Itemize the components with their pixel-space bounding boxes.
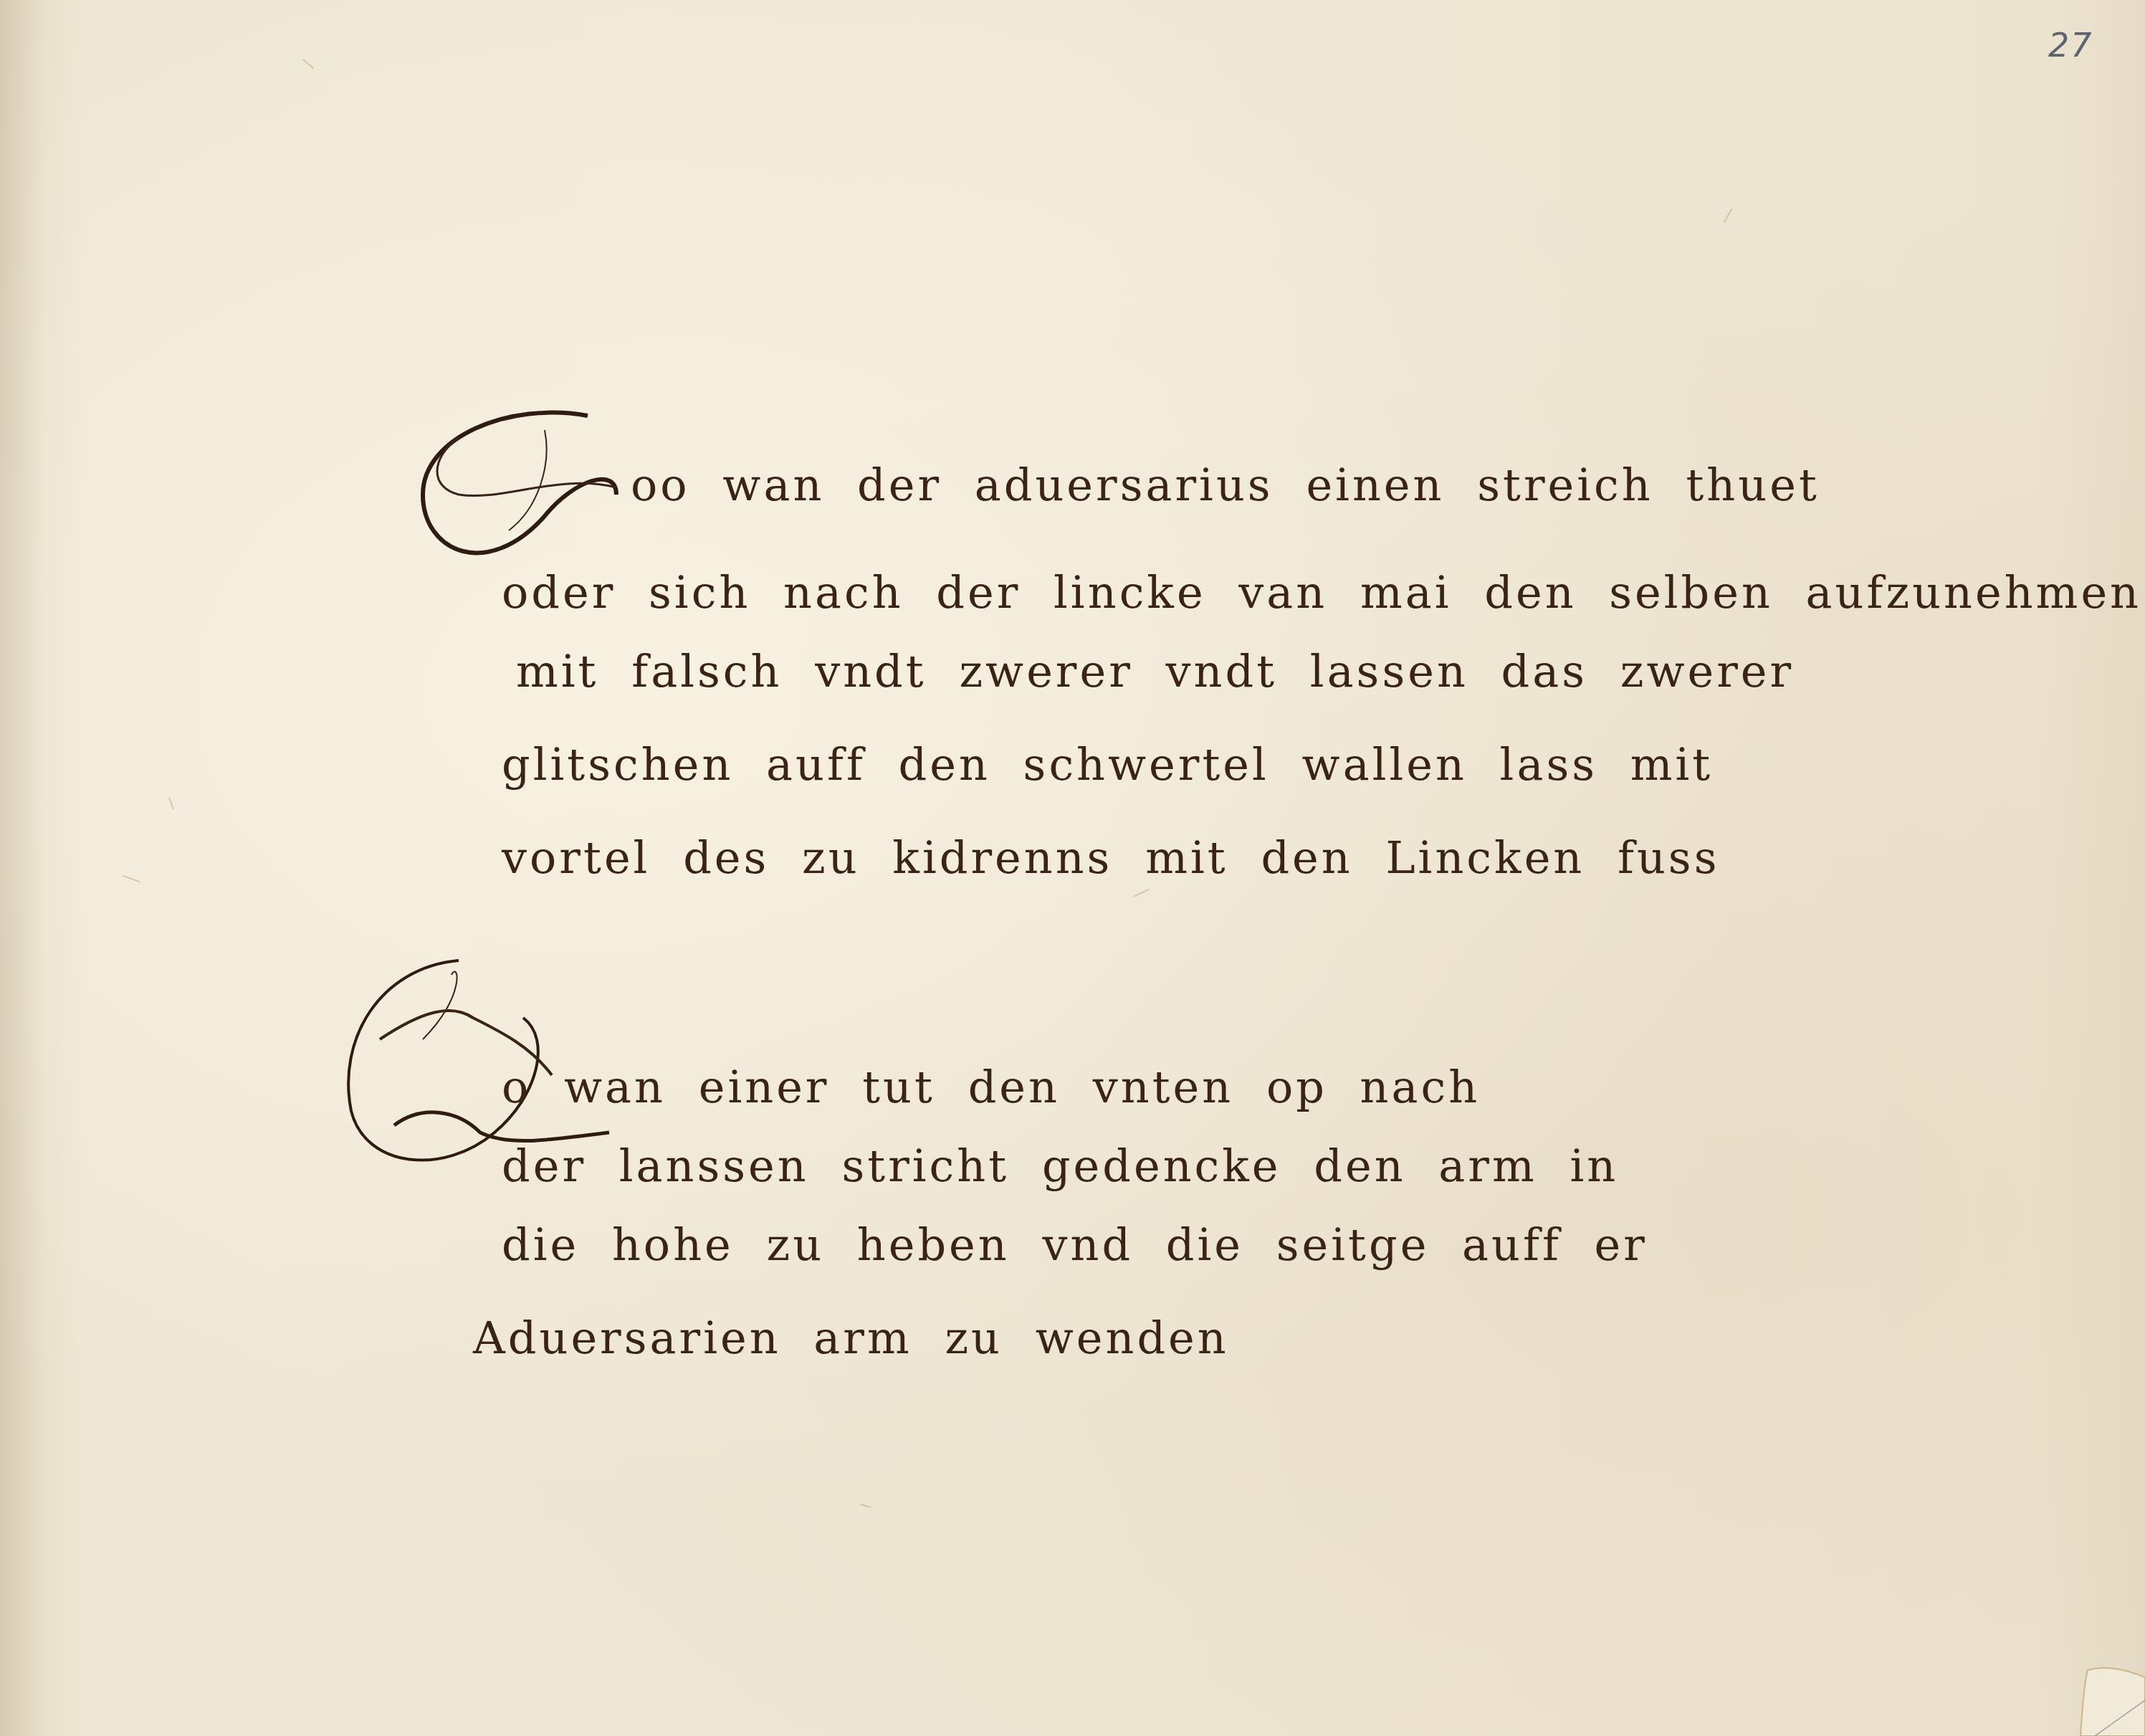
paragraph-2-line-1: o wan einer tut den vnten op nach [502,1061,1480,1113]
paragraph-2-line-2: der lanssen stricht gedencke den arm in [502,1140,1618,1192]
folio-number: 27 [2048,26,2093,65]
paragraph-1-line-3: mit falsch vndt zwerer vndt lassen das z… [516,645,1794,697]
folded-corner [2066,1657,2145,1736]
manuscript-page: 27 oo wan der aduersarius einen streich … [0,0,2145,1736]
paper-fiber [860,1504,871,1508]
paragraph-2-line-4: Aduersarien arm zu wenden [473,1312,1229,1364]
paper-fiber [302,59,315,69]
paper-fiber [122,875,140,883]
paragraph-1-line-5: vortel des zu kidrenns mit den Lincken f… [502,831,1719,884]
paragraph-2-line-3: die hohe zu heben vnd die seitge auff er [502,1218,1648,1271]
page-edge-shadow [0,0,43,1736]
paragraph-1-line-2: oder sich nach der lincke van mai den se… [502,566,2141,619]
paper-fiber [1724,209,1733,223]
paper-fiber [1133,889,1150,897]
paragraph-1-line-1: oo wan der aduersarius einen streich thu… [631,459,1820,511]
paragraph-1-line-4: glitschen auff den schwertel wallen lass… [502,738,1713,791]
paper-fiber [168,797,174,810]
